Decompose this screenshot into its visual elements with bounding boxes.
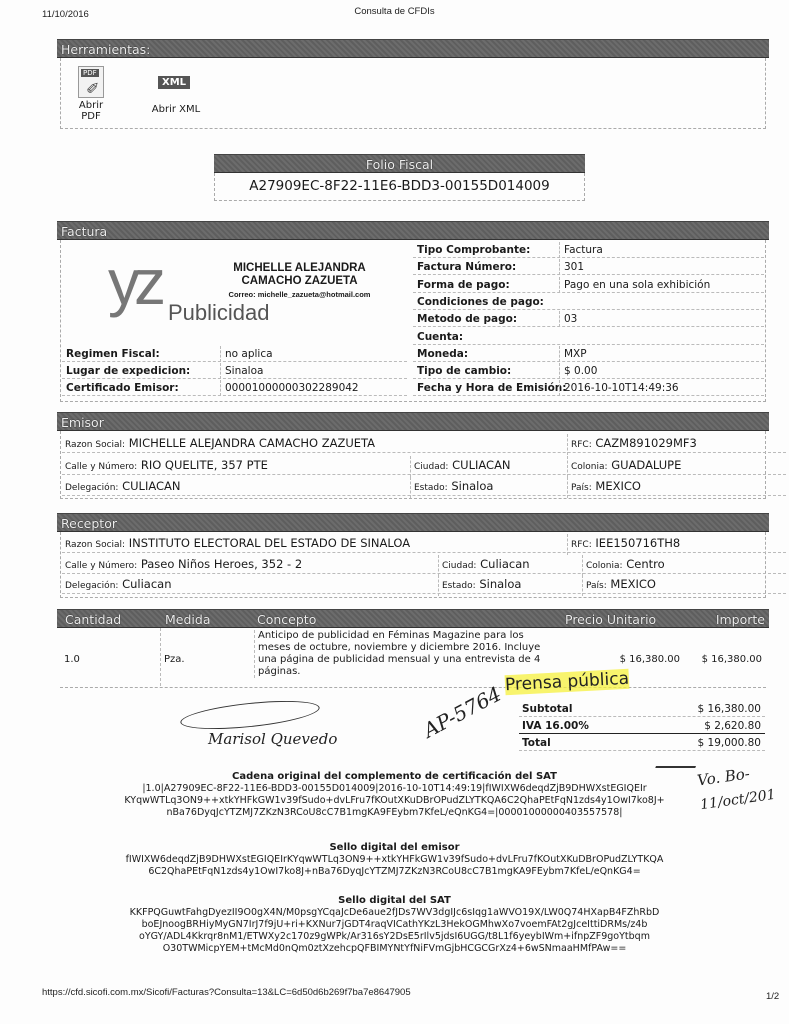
factura-right-field: Fecha y Hora de Emisión: 2016-10-10T14:4…	[413, 380, 764, 396]
item-cantidad: 1.0	[64, 654, 80, 665]
receptor-row-2: Calle y Número: Paseo Niños Heroes, 352 …	[62, 555, 786, 574]
field-label: Tipo de cambio:	[417, 363, 511, 379]
xml-icon: XML	[156, 66, 196, 102]
factura-left-field: Regimen Fiscal: no aplica	[62, 346, 407, 362]
emisor-ciudad: CULIACAN	[452, 458, 510, 472]
total-value: $ 16,380.00	[698, 701, 761, 717]
receptor-header: Receptor	[57, 513, 769, 532]
items-table-body: 1.0 Pza. Anticipo de publicidad en Fémin…	[60, 628, 766, 688]
sello-sat-title: Sello digital del SAT	[0, 895, 789, 907]
receptor-colonia: Centro	[626, 557, 664, 571]
signature-scribble	[179, 696, 321, 735]
pdf-icon: PDF ✐	[78, 66, 104, 98]
field-label: Cuenta:	[417, 329, 463, 345]
receptor-razon-social: INSTITUTO ELECTORAL DEL ESTADO DE SINALO…	[129, 536, 410, 550]
col-medida: Medida	[165, 610, 210, 629]
item-precio: $ 16,380.00	[590, 654, 680, 665]
sello-emisor: Sello digital del emisor fIWIXW6deqdZjB9…	[0, 842, 789, 878]
field-label: Metodo de pago:	[417, 311, 517, 327]
sello-emisor-title: Sello digital del emisor	[0, 842, 789, 854]
factura-right-field: Condiciones de pago:	[413, 294, 764, 310]
total-value: $ 19,000.80	[698, 735, 761, 751]
field-value: 2016-10-10T14:49:36	[559, 380, 679, 396]
emisor-razon-social: MICHELLE ALEJANDRA CAMACHO ZAZUETA	[129, 436, 375, 450]
totals-row: IVA 16.00% $ 2,620.80	[519, 718, 765, 734]
factura-right-field: Metodo de pago: 03	[413, 311, 764, 327]
open-pdf-button[interactable]: PDF ✐ Abrir PDF	[71, 66, 111, 122]
field-label: Certificado Emisor:	[66, 380, 179, 396]
factura-right-field: Tipo de cambio: $ 0.00	[413, 363, 764, 379]
items-table-header: Cantidad Medida Concepto Precio Unitario…	[57, 609, 769, 628]
receptor-pais: MEXICO	[610, 577, 656, 591]
factura-right-field: Cuenta:	[413, 329, 764, 345]
page-number: 1/2	[766, 991, 779, 1002]
open-pdf-label: Abrir PDF	[71, 100, 111, 122]
receptor-estado: Sinaloa	[479, 577, 521, 591]
emisor-row-3: Delegación: CULIACAN Estado: Sinaloa Paí…	[62, 477, 786, 496]
total-label: IVA 16.00%	[522, 718, 589, 734]
sello-sat: Sello digital del SAT KKFPQGuwtFahgDyezI…	[0, 895, 789, 955]
emisor-estado: Sinaloa	[451, 479, 493, 493]
folio-value: A27909EC-8F22-11E6-BDD3-00155D014009	[214, 173, 585, 201]
open-xml-button[interactable]: XML Abrir XML	[151, 66, 201, 115]
field-label: Fecha y Hora de Emisión:	[417, 380, 566, 396]
factura-right-field: Forma de pago: Pago en una sola exhibici…	[413, 277, 764, 293]
factura-right-field: Tipo Comprobante: Factura	[413, 242, 764, 258]
field-value: Sinaloa	[220, 363, 263, 379]
emisor-header: Emisor	[57, 412, 769, 431]
signature-initials	[655, 742, 704, 768]
company-block: MICHELLE ALEJANDRA CAMACHO ZAZUETA Corre…	[222, 262, 377, 301]
field-value: $ 0.00	[559, 363, 597, 379]
cadena-original: Cadena original del complemento de certi…	[0, 771, 789, 819]
field-label: Factura Número:	[417, 259, 516, 275]
receptor-rfc: IEE150716TH8	[595, 536, 680, 550]
emisor-pais: MEXICO	[595, 479, 641, 493]
open-xml-label: Abrir XML	[151, 104, 201, 115]
emisor-calle: RIO QUELITE, 357 PTE	[141, 458, 268, 472]
item-concepto: Anticipo de publicidad en Féminas Magazi…	[254, 630, 544, 678]
field-label: Condiciones de pago:	[417, 294, 544, 310]
handwritten-code: AP-5764	[419, 682, 505, 743]
signature-name: Marisol Quevedo	[208, 730, 337, 748]
field-value: 03	[559, 311, 577, 327]
factura-right-field: Factura Número: 301	[413, 259, 764, 275]
emisor-row-1: Razon Social: MICHELLE ALEJANDRA CAMACHO…	[62, 434, 786, 453]
field-value: 301	[559, 259, 584, 275]
field-value: Factura	[559, 242, 603, 258]
field-value: Pago en una sola exhibición	[559, 277, 710, 293]
receptor-row-3: Delegación: Culiacan Estado: Sinaloa Paí…	[62, 575, 786, 594]
item-importe: $ 16,380.00	[680, 654, 762, 665]
col-cantidad: Cantidad	[65, 610, 121, 629]
field-label: Lugar de expedicion:	[66, 363, 190, 379]
receptor-calle: Paseo Niños Heroes, 352 - 2	[141, 557, 302, 571]
item-medida: Pza.	[160, 628, 185, 686]
print-title: Consulta de CFDIs	[0, 6, 789, 17]
factura-left-field: Certificado Emisor: 00001000000302289042	[62, 380, 407, 396]
receptor-row-1: Razon Social: INSTITUTO ELECTORAL DEL ES…	[62, 534, 786, 553]
total-label: Subtotal	[522, 701, 573, 717]
field-value: 00001000000302289042	[220, 380, 359, 396]
receptor-ciudad: Culiacan	[480, 557, 529, 571]
company-email: Correo: michelle_zazueta@hotmail.com	[222, 288, 377, 301]
emisor-delegacion: CULIACAN	[122, 479, 180, 493]
field-label: Tipo Comprobante:	[417, 242, 530, 258]
print-url: https://cfd.sicofi.com.mx/Sicofi/Factura…	[42, 987, 411, 998]
field-label: Forma de pago:	[417, 277, 510, 293]
field-label: Regimen Fiscal:	[66, 346, 160, 362]
total-label: Total	[522, 735, 551, 751]
cadena-title: Cadena original del complemento de certi…	[0, 771, 789, 783]
emisor-row-2: Calle y Número: RIO QUELITE, 357 PTE Ciu…	[62, 456, 786, 475]
emisor-colonia: GUADALUPE	[611, 458, 681, 472]
factura-right-field: Moneda: MXP	[413, 346, 764, 362]
field-label: Moneda:	[417, 346, 468, 362]
field-value: no aplica	[220, 346, 273, 362]
company-name-line2: CAMACHO ZAZUETA	[222, 275, 377, 288]
folio-header: Folio Fiscal	[214, 154, 585, 173]
receptor-delegacion: Culiacan	[122, 577, 171, 591]
tools-panel: PDF ✐ Abrir PDF XML Abrir XML	[60, 58, 766, 129]
factura-left-field: Lugar de expedicion: Sinaloa	[62, 363, 407, 379]
tools-header: Herramientas:	[57, 39, 769, 58]
col-precio-unitario: Precio Unitario	[565, 610, 656, 629]
totals-row: Subtotal $ 16,380.00	[519, 701, 765, 717]
total-value: $ 2,620.80	[704, 718, 761, 734]
totals-row: Total $ 19,000.80	[519, 735, 765, 751]
field-value: MXP	[559, 346, 587, 362]
factura-header: Factura	[57, 221, 769, 240]
col-concepto: Concepto	[257, 610, 316, 629]
emisor-rfc: CAZM891029MF3	[595, 436, 696, 450]
company-name-line1: MICHELLE ALEJANDRA	[222, 262, 377, 275]
col-importe: Importe	[716, 610, 765, 629]
